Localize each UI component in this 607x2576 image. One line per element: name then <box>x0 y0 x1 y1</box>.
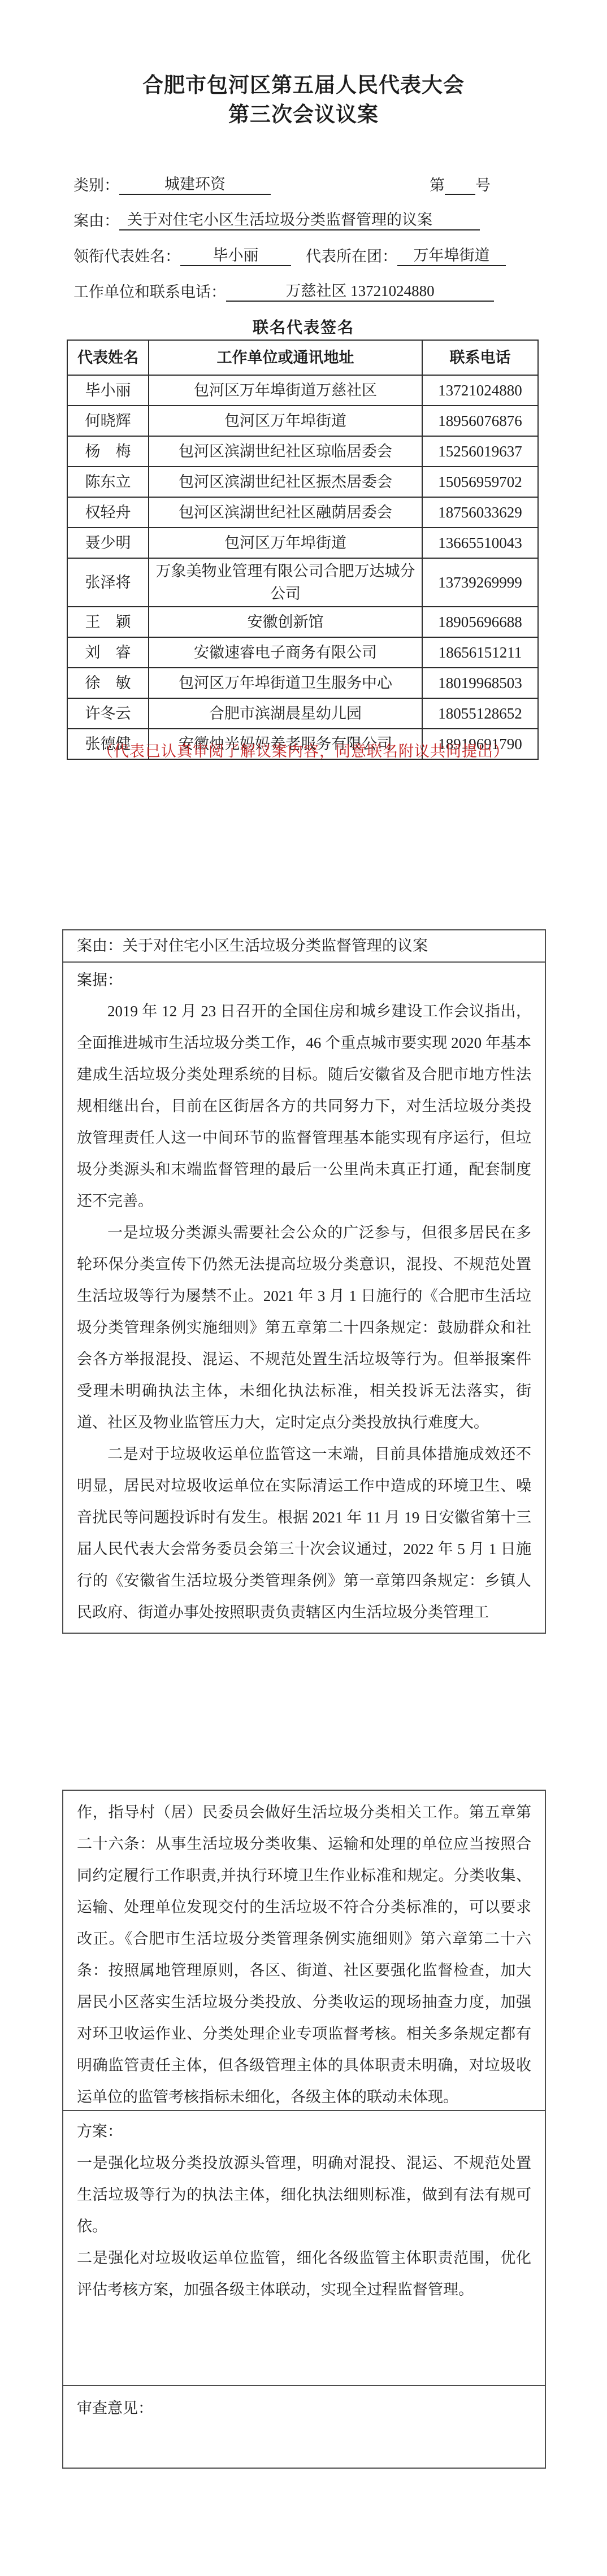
signatures-table: 代表姓名 工作单位或通讯地址 联系电话 毕小丽 包河区万年埠街道万慈社区 137… <box>67 340 539 760</box>
plan-label: 方案： <box>77 2116 531 2147</box>
evidence-label: 案据： <box>77 965 531 995</box>
table-row: 何晓辉 包河区万年埠街道 18956076876 <box>67 406 538 436</box>
table-row: 毕小丽 包河区万年埠街道万慈社区 13721024880 <box>67 375 538 406</box>
page-title-line1: 合肥市包河区第五届人民代表大会 <box>0 71 607 101</box>
evidence-continuation: 作，指导村（居）民委员会做好生活垃圾分类相关工作。第五章第二十六条：从事生活垃圾… <box>77 1796 531 2111</box>
page-title-line2: 第三次会议议案 <box>0 101 607 130</box>
lead-rep-label: 领衔代表姓名： <box>73 244 180 266</box>
rep-unit-cell: 万象美物业管理有限公司合肥万达城分公司 <box>149 558 422 607</box>
rep-unit-cell: 安徽速睿电子商务有限公司 <box>149 637 422 668</box>
delegation-label: 代表所在团： <box>306 244 397 266</box>
proposal-document-page: { "page": { "title_line1": "合肥市包河区第五届人民代… <box>0 0 607 2576</box>
signatures-heading: 联名代表签名 <box>0 315 607 338</box>
column-header-unit: 工作单位或通讯地址 <box>149 340 422 375</box>
evidence-continuation-section: 作，指导村（居）民委员会做好生活垃圾分类相关工作。第五章第二十六条：从事生活垃圾… <box>63 1791 545 2111</box>
rep-name-cell: 权轻舟 <box>67 497 149 528</box>
rep-unit-cell: 包河区滨湖世纪社区融荫居委会 <box>149 497 422 528</box>
rep-name-cell: 毕小丽 <box>67 375 149 406</box>
number-group: 第 号 <box>430 173 491 195</box>
case-line: 案由： 关于对住宅小区生活垃圾分类监督管理的议案 <box>73 195 539 230</box>
rep-name-cell: 张泽将 <box>67 558 149 607</box>
evidence-section: 案据： 2019 年 12 月 23 日召开的全国住房和城乡建设工作会议指出，全… <box>63 963 545 1628</box>
rep-unit-cell: 安徽创新馆 <box>149 607 422 637</box>
number-blank <box>445 194 475 195</box>
rep-tel-cell: 18656151211 <box>422 637 538 668</box>
rep-unit-cell: 合肥市滨湖晨星幼儿园 <box>149 698 422 729</box>
rep-name-cell: 徐 敏 <box>67 668 149 698</box>
proposal-detail-box-2: 作，指导村（居）民委员会做好生活垃圾分类相关工作。第五章第二十六条：从事生活垃圾… <box>62 1790 546 2469</box>
delegation-value: 万年埠街道 <box>397 243 506 266</box>
rep-unit-cell: 包河区滨湖世纪社区振杰居委会 <box>149 467 422 497</box>
signatures-header-row: 代表姓名 工作单位或通讯地址 联系电话 <box>67 340 538 375</box>
work-contact-line: 工作单位和联系电话： 万慈社区 13721024880 <box>73 266 539 302</box>
lead-rep-value: 毕小丽 <box>180 243 291 266</box>
column-header-name: 代表姓名 <box>67 340 149 375</box>
plan-item: 一是强化垃圾分类投放源头管理，明确对混投、混运、不规范处置生活垃圾等行为的执法主… <box>77 2147 531 2242</box>
case-value: 关于对住宅小区生活垃圾分类监督管理的议案 <box>119 207 480 230</box>
rep-name-cell: 杨 梅 <box>67 436 149 467</box>
table-row: 张泽将 万象美物业管理有限公司合肥万达城分公司 13739269999 <box>67 558 538 607</box>
rep-tel-cell: 13721024880 <box>422 375 538 406</box>
rep-unit-cell: 包河区万年埠街道万慈社区 <box>149 375 422 406</box>
rep-name-cell: 刘 睿 <box>67 637 149 668</box>
category-line: 类别： 城建环资 第 号 <box>73 159 539 195</box>
rep-name-cell: 聂少明 <box>67 528 149 558</box>
evidence-paragraph: 一是垃圾分类源头需要社会公众的广泛参与，但很多居民在多轮环保分类宣传下仍然无法提… <box>77 1217 531 1438</box>
rep-name-cell: 陈东立 <box>67 467 149 497</box>
rep-name-cell: 许冬云 <box>67 698 149 729</box>
evidence-paragraph: 二是对于垃圾收运单位监管这一末端，目前具体措施成效还不明显，居民对垃圾收运单位在… <box>77 1438 531 1628</box>
table-row: 刘 睿 安徽速睿电子商务有限公司 18656151211 <box>67 637 538 668</box>
plan-items: 一是强化垃圾分类投放源头管理，明确对混投、混运、不规范处置生活垃圾等行为的执法主… <box>77 2147 531 2305</box>
column-header-tel: 联系电话 <box>422 340 538 375</box>
rep-unit-cell: 包河区万年埠街道 <box>149 406 422 436</box>
rep-tel-cell: 15056959702 <box>422 467 538 497</box>
number-suffix: 号 <box>475 173 491 195</box>
table-row: 聂少明 包河区万年埠街道 13665510043 <box>67 528 538 558</box>
table-row: 杨 梅 包河区滨湖世纪社区琼临居委会 15256019637 <box>67 436 538 467</box>
rep-tel-cell: 13665510043 <box>422 528 538 558</box>
rep-tel-cell: 18905696688 <box>422 607 538 637</box>
joint-signature-note: （代表已认真审阅了解议案内容，同意联名附议共同提出） <box>0 739 607 761</box>
plan-section: 方案： 一是强化垃圾分类投放源头管理，明确对混投、混运、不规范处置生活垃圾等行为… <box>63 2111 545 2386</box>
category-value: 城建环资 <box>119 172 271 195</box>
rep-tel-cell: 15256019637 <box>422 436 538 467</box>
rep-name-cell: 王 颖 <box>67 607 149 637</box>
table-row: 陈东立 包河区滨湖世纪社区振杰居委会 15056959702 <box>67 467 538 497</box>
rep-tel-cell: 13739269999 <box>422 558 538 607</box>
table-row: 王 颖 安徽创新馆 18905696688 <box>67 607 538 637</box>
proposal-detail-box-1: 案由：关于对住宅小区生活垃圾分类监督管理的议案 案据： 2019 年 12 月 … <box>62 929 546 1634</box>
review-section: 审查意见： <box>63 2386 545 2423</box>
work-contact-value: 万慈社区 13721024880 <box>226 279 494 302</box>
case-label: 案由： <box>73 208 119 230</box>
table-row: 徐 敏 包河区万年埠街道卫生服务中心 18019968503 <box>67 668 538 698</box>
rep-unit-cell: 包河区万年埠街道 <box>149 528 422 558</box>
rep-tel-cell: 18756033629 <box>422 497 538 528</box>
rep-unit-cell: 包河区万年埠街道卫生服务中心 <box>149 668 422 698</box>
lead-rep-line: 领衔代表姓名： 毕小丽 代表所在团： 万年埠街道 <box>73 230 539 266</box>
rep-unit-cell: 包河区滨湖世纪社区琼临居委会 <box>149 436 422 467</box>
evidence-paragraphs: 2019 年 12 月 23 日召开的全国住房和城乡建设工作会议指出，全面推进城… <box>77 995 531 1628</box>
page-title: 合肥市包河区第五届人民代表大会 第三次会议议案 <box>0 71 607 130</box>
rep-tel-cell: 18956076876 <box>422 406 538 436</box>
plan-item: 二是强化对垃圾收运单位监管，细化各级监管主体职责范围，优化评估考核方案，加强各级… <box>77 2242 531 2305</box>
table-row: 许冬云 合肥市滨湖晨星幼儿园 18055128652 <box>67 698 538 729</box>
rep-tel-cell: 18019968503 <box>422 668 538 698</box>
detail-case-line: 案由：关于对住宅小区生活垃圾分类监督管理的议案 <box>63 930 545 963</box>
evidence-paragraph: 2019 年 12 月 23 日召开的全国住房和城乡建设工作会议指出，全面推进城… <box>77 995 531 1217</box>
work-contact-label: 工作单位和联系电话： <box>73 280 226 302</box>
review-label: 审查意见： <box>77 2400 153 2417</box>
signatures-body: 毕小丽 包河区万年埠街道万慈社区 13721024880 何晓辉 包河区万年埠街… <box>67 375 538 759</box>
table-row: 权轻舟 包河区滨湖世纪社区融荫居委会 18756033629 <box>67 497 538 528</box>
rep-tel-cell: 18055128652 <box>422 698 538 729</box>
proposal-meta: 类别： 城建环资 第 号 案由： 关于对住宅小区生活垃圾分类监督管理的议案 领衔… <box>73 159 539 302</box>
rep-name-cell: 何晓辉 <box>67 406 149 436</box>
number-prefix: 第 <box>430 173 445 195</box>
category-label: 类别： <box>73 173 119 195</box>
